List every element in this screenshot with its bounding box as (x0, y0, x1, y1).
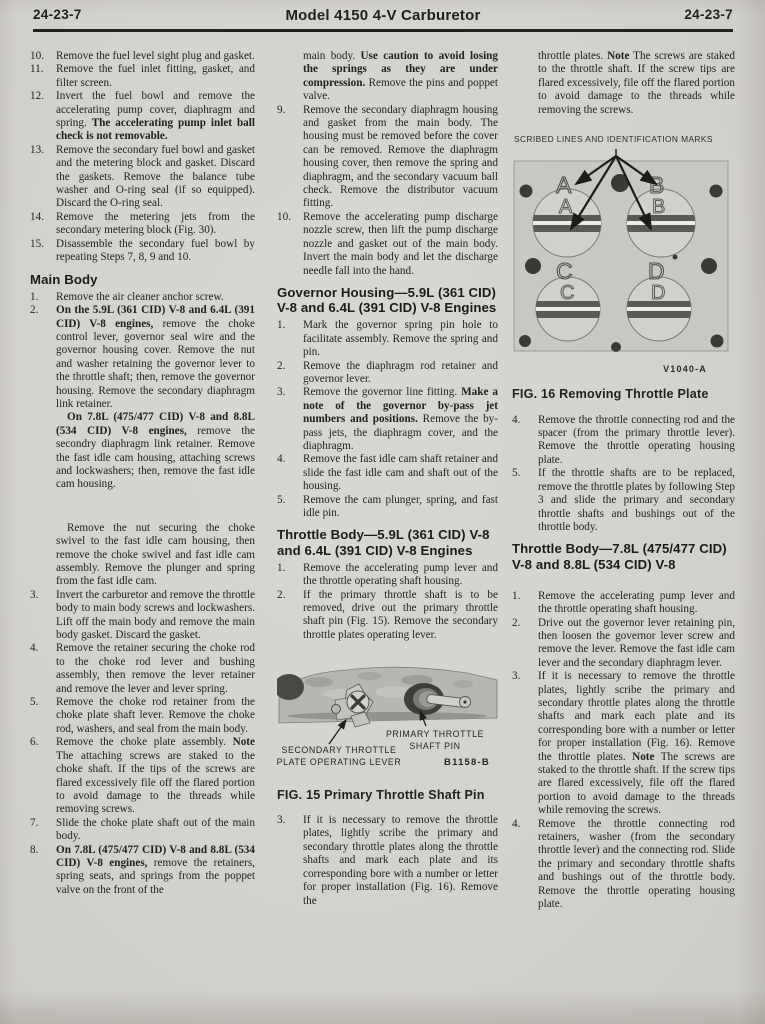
step-number: 4. (30, 642, 56, 696)
casting-letter-c: C (556, 258, 573, 284)
step-text: Remove the fuel level sight plug and gas… (56, 50, 255, 63)
step-text: If it is necessary to remove the throttl… (538, 670, 735, 817)
text: Remove the fuel level sight plug and gas… (56, 50, 255, 62)
text: Remove the diaphragm rod retainer and go… (303, 360, 498, 385)
step-number: 3. (277, 814, 303, 908)
fig15-lever-label-line1: SECONDARY THROTTLE (282, 745, 397, 755)
fig16-scribed-lines-label: SCRIBED LINES AND IDENTIFICATION MARKS (514, 133, 735, 146)
casting-texture (453, 680, 473, 688)
step-number: 5. (512, 467, 538, 534)
step-number: 3. (512, 670, 538, 817)
plate-letter-a: A (559, 196, 573, 218)
header-rule (33, 29, 733, 32)
text: Slide the choke plate shaft out of the m… (56, 817, 255, 842)
step-text: On 7.8L (475/477 CID) V-8 and 8.8L (534 … (56, 844, 255, 898)
step-item: 11.Remove the fuel inlet fitting, gasket… (30, 63, 255, 90)
text: Invert the carburetor and remove the thr… (56, 589, 255, 641)
casting-texture (357, 672, 381, 680)
bolt-hole (525, 258, 541, 274)
step-item: 4.Remove the throttle connecting rod ret… (512, 818, 735, 912)
text: The attaching screws are staked to the c… (56, 750, 255, 816)
step-number: 13. (30, 144, 56, 211)
step-number: 4. (512, 414, 538, 468)
step-item: 6.Remove the choke plate assembly. Note … (30, 736, 255, 816)
fig15-photo: PRIMARY THROTTLE SHAFT PIN SECONDARY THR… (277, 660, 499, 772)
step-text: If it is necessary to remove the throttl… (303, 814, 498, 908)
step-item: 3.If it is necessary to remove the throt… (512, 670, 735, 817)
step-number: 10. (277, 211, 303, 278)
step-list: 1.Remove the accelerating pump lever and… (512, 590, 735, 912)
step-list: 10.Remove the fuel level sight plug and … (30, 50, 255, 265)
bold-text: Note (607, 50, 629, 62)
step-item: 4.Remove the fast idle cam shaft retaine… (277, 453, 498, 493)
step-text: Remove the secondary diaphragm housing a… (303, 104, 498, 211)
step-text: Remove the retainer securing the choke r… (56, 642, 255, 696)
paragraph: On 7.8L (475/477 CID) V-8 and 8.8L (534 … (56, 411, 255, 491)
step-item: 15.Disassemble the secondary fuel bowl b… (30, 238, 255, 265)
plate-letter-d: D (651, 282, 665, 304)
text: Remove the secondary diaphragm housing a… (303, 104, 498, 210)
text: Remove the air cleaner anchor screw. (56, 291, 224, 303)
step-text: Remove the throttle connecting rod retai… (538, 818, 735, 912)
text: Remove the retainer securing the choke r… (56, 642, 255, 694)
fig16-caption: FIG. 16 Removing Throttle Plate (512, 388, 735, 401)
step-item: 2.On the 5.9L (361 CID) V-8 and 6.4L (39… (30, 304, 255, 411)
step-number: 9. (277, 104, 303, 211)
step-number: 10. (30, 50, 56, 63)
step-number: 3. (277, 386, 303, 453)
step-text: Remove the diaphragm rod retainer and go… (303, 360, 498, 387)
step-number: 4. (277, 453, 303, 493)
casting-letter-b: B (649, 172, 664, 198)
step-number: 5. (30, 696, 56, 736)
text: Disassemble the secondary fuel bowl by r… (56, 238, 255, 263)
step-text: Remove the accelerating pump lever and t… (538, 590, 735, 617)
step-text: Remove the air cleaner anchor screw. (56, 291, 255, 304)
casting-letter-a: A (556, 172, 572, 198)
step-number: 7. (30, 817, 56, 844)
step-text: Remove the throttle connecting rod and t… (538, 414, 735, 468)
text: Remove the choke rod retainer from the c… (56, 696, 255, 735)
step-text: Remove the fast idle cam shaft retainer … (303, 453, 498, 493)
step-text: If the throttle shafts are to be replace… (538, 467, 735, 534)
text: Remove the choke plate assembly. (56, 736, 233, 748)
step-list: 9.Remove the secondary diaphragm housing… (277, 104, 498, 278)
step-number: 1. (277, 562, 303, 589)
step-item: 3.Invert the carburetor and remove the t… (30, 589, 255, 643)
step-item: 9.Remove the secondary diaphragm housing… (277, 104, 498, 211)
casting-texture (287, 712, 487, 720)
step-text: Remove the cam plunger, spring, and fast… (303, 494, 498, 521)
bolt-hole (519, 335, 531, 347)
manual-page: { "scan": { "paper_color": "#d4d2cd", "i… (0, 0, 765, 1024)
step-list: 4.Remove the throttle connecting rod and… (512, 414, 735, 535)
bolt-hole (710, 185, 723, 198)
step-number: 12. (30, 90, 56, 144)
text: remove the choke control lever, governor… (56, 318, 255, 410)
step-text: Slide the choke plate shaft out of the m… (56, 817, 255, 844)
step-item: 2.Drive out the governor lever retaining… (512, 617, 735, 671)
step-number: 2. (512, 617, 538, 671)
step-item: 5.Remove the choke rod retainer from the… (30, 696, 255, 736)
text: Remove the governor line fitting. (303, 386, 461, 398)
step-text: Invert the carburetor and remove the thr… (56, 589, 255, 643)
page-header: 24-23-7 Model 4150 4-V Carburetor 24-23-… (33, 7, 733, 22)
step-number: 2. (277, 589, 303, 643)
text: If the throttle shafts are to be replace… (538, 467, 735, 533)
step-item: 2.If the primary throttle shaft is to be… (277, 589, 498, 643)
fig15-lever-label-line2: PLATE OPERATING LEVER (277, 757, 401, 767)
step-number: 1. (512, 590, 538, 617)
pin-end-dot (463, 701, 466, 704)
bolt-hole (520, 185, 533, 198)
step-item: 1.Remove the air cleaner anchor screw. (30, 291, 255, 304)
text: If the primary throttle shaft is to be r… (303, 589, 498, 641)
step-item: 3.Remove the governor line fitting. Make… (277, 386, 498, 453)
step-text: Invert the fuel bowl and remove the acce… (56, 90, 255, 144)
step-item: 8.On 7.8L (475/477 CID) V-8 and 8.8L (53… (30, 844, 255, 898)
text: Remove the throttle connecting rod and t… (538, 414, 735, 466)
step-text: Mark the governor spring pin hole to fac… (303, 319, 498, 359)
step-item: 12.Invert the fuel bowl and remove the a… (30, 90, 255, 144)
text: Remove the fast idle cam shaft retainer … (303, 453, 498, 492)
text: Remove the nut securing the choke swivel… (56, 522, 255, 588)
casting-letter-d: D (648, 258, 665, 284)
step-text: Drive out the governor lever retaining p… (538, 617, 735, 671)
step-item: 1.Mark the governor spring pin hole to f… (277, 319, 498, 359)
step-text: Remove the accelerating pump discharge n… (303, 211, 498, 278)
step-text: On the 5.9L (361 CID) V-8 and 6.4L (391 … (56, 304, 255, 411)
step-item: 4.Remove the throttle connecting rod and… (512, 414, 735, 468)
bolt-hole (711, 335, 724, 348)
step-text: Remove the governor line fitting. Make a… (303, 386, 498, 453)
section-heading: Governor Housing—5.9L (361 CID) V-8 and … (277, 285, 498, 315)
step-text: Remove the choke plate assembly. Note Th… (56, 736, 255, 816)
step-number: 11. (30, 63, 56, 90)
step-list: 3.If it is necessary to remove the throt… (277, 814, 498, 908)
paragraph: throttle plates. Note The screws are sta… (538, 50, 735, 117)
section-heading: Throttle Body—7.8L (475/477 CID) V-8 and… (512, 541, 735, 571)
text: main body. (303, 50, 360, 62)
text: Remove the metering jets from the second… (56, 211, 255, 236)
text: Mark the governor spring pin hole to fac… (303, 319, 498, 358)
column-middle: main body. Use caution to avoid losing t… (277, 50, 498, 908)
text: Remove the accelerating pump lever and t… (538, 590, 735, 615)
step-list: 1.Mark the governor spring pin hole to f… (277, 319, 498, 520)
text: If it is necessary to remove the throttl… (303, 814, 498, 906)
column-left: 10.Remove the fuel level sight plug and … (30, 50, 255, 897)
step-item: 2.Remove the diaphragm rod retainer and … (277, 360, 498, 387)
step-item: 5.If the throttle shafts are to be repla… (512, 467, 735, 534)
fig15-caption: FIG. 15 Primary Throttle Shaft Pin (277, 789, 498, 802)
step-item: 10.Remove the accelerating pump discharg… (277, 211, 498, 278)
step-item: 1.Remove the accelerating pump lever and… (512, 590, 735, 617)
column-right: throttle plates. Note The screws are sta… (512, 50, 735, 911)
text: If it is necessary to remove the throttl… (538, 670, 735, 762)
lever-leader-line (329, 720, 346, 744)
step-item: 10.Remove the fuel level sight plug and … (30, 50, 255, 63)
text: Remove the throttle connecting rod retai… (538, 818, 735, 910)
bolt-hole (701, 258, 717, 274)
step-item: 1.Remove the accelerating pump lever and… (277, 562, 498, 589)
section-heading: Main Body (30, 272, 255, 287)
plate-letter-b: B (652, 196, 665, 218)
step-number: 2. (277, 360, 303, 387)
lever-pivot (332, 705, 341, 714)
fig15-pin-label-line1: PRIMARY THROTTLE (386, 729, 484, 739)
bold-text: Note (632, 751, 654, 763)
step-list: 1.Remove the air cleaner anchor screw.2.… (30, 291, 255, 412)
step-item: 5.Remove the cam plunger, spring, and fa… (277, 494, 498, 521)
bolt-hole (611, 342, 621, 352)
step-number: 1. (277, 319, 303, 359)
text: Remove the secondary fuel bowl and gaske… (56, 144, 255, 210)
step-number: 2. (30, 304, 56, 411)
figure-16: SCRIBED LINES AND IDENTIFICATION MARKS (512, 133, 735, 402)
fig16-photo-code: V1040-A (512, 363, 707, 376)
fig15-pin-label-line2: SHAFT PIN (409, 741, 460, 751)
step-text: Remove the metering jets from the second… (56, 211, 255, 238)
step-list: 1.Remove the accelerating pump lever and… (277, 562, 498, 642)
section-heading: Throttle Body—5.9L (361 CID) V-8 and 6.4… (277, 527, 498, 557)
bold-text: Note (233, 736, 255, 748)
text: Remove the accelerating pump lever and t… (303, 562, 498, 587)
text: Remove the cam plunger, spring, and fast… (303, 494, 498, 519)
step-number: 15. (30, 238, 56, 265)
step-text: Remove the fuel inlet fitting, gasket, a… (56, 63, 255, 90)
step-number: 14. (30, 211, 56, 238)
text: Drive out the governor lever retaining p… (538, 617, 735, 669)
paragraph: Remove the nut securing the choke swivel… (56, 522, 255, 589)
step-item: 13.Remove the secondary fuel bowl and ga… (30, 144, 255, 211)
step-number: 3. (30, 589, 56, 643)
fig16-photo: A B C D A B C D (512, 149, 730, 355)
text: Remove the accelerating pump discharge n… (303, 211, 498, 277)
step-number: 6. (30, 736, 56, 816)
step-number: 4. (512, 818, 538, 912)
step-item: 4.Remove the retainer securing the choke… (30, 642, 255, 696)
page-title: Model 4150 4-V Carburetor (33, 7, 733, 24)
step-item: 7.Slide the choke plate shaft out of the… (30, 817, 255, 844)
step-text: Disassemble the secondary fuel bowl by r… (56, 238, 255, 265)
step-item: 3.If it is necessary to remove the throt… (277, 814, 498, 908)
text: throttle plates. (538, 50, 607, 62)
step-text: If the primary throttle shaft is to be r… (303, 589, 498, 643)
figure-15: PRIMARY THROTTLE SHAFT PIN SECONDARY THR… (277, 660, 498, 802)
step-list: 3.Invert the carburetor and remove the t… (30, 589, 255, 897)
step-text: Remove the secondary fuel bowl and gaske… (56, 144, 255, 211)
step-text: Remove the choke rod retainer from the c… (56, 696, 255, 736)
step-number: 8. (30, 844, 56, 898)
step-item: 14.Remove the metering jets from the sec… (30, 211, 255, 238)
step-number: 1. (30, 291, 56, 304)
fig15-photo-code: B1158-B (444, 757, 490, 768)
step-number: 5. (277, 494, 303, 521)
paragraph: main body. Use caution to avoid losing t… (303, 50, 498, 104)
step-text: Remove the accelerating pump lever and t… (303, 562, 498, 589)
text: Remove the fuel inlet fitting, gasket, a… (56, 63, 255, 88)
plate-letter-c: C (560, 282, 574, 304)
casting-texture (305, 677, 333, 687)
